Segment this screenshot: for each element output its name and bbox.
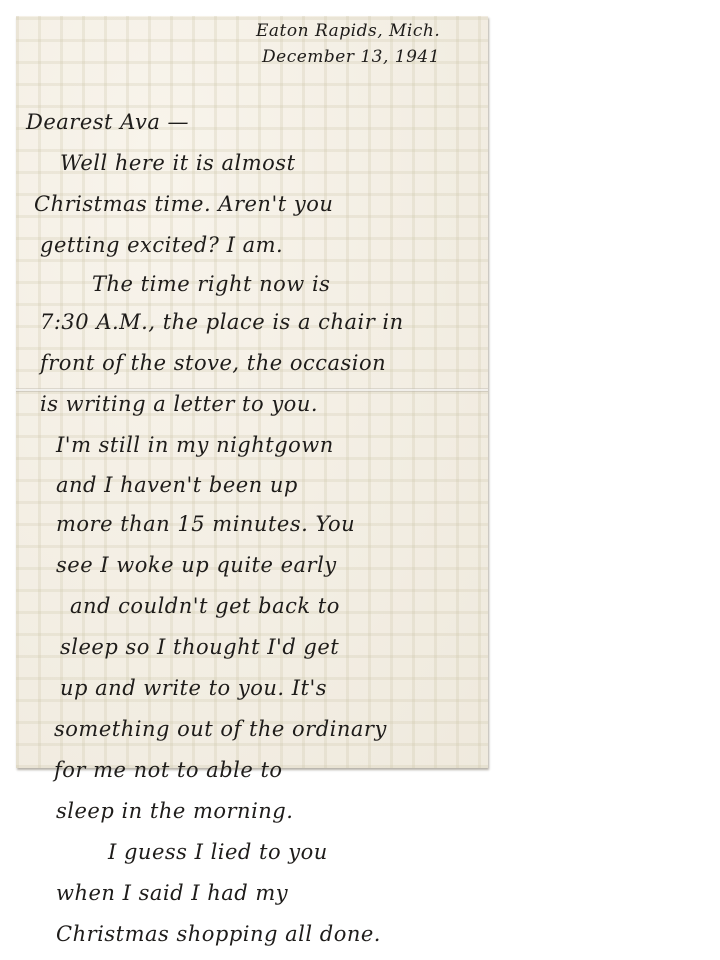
letter-line: see I woke up quite early bbox=[56, 545, 404, 586]
letter-line: sleep in the morning. bbox=[56, 791, 404, 832]
letter-line: and I haven't been up bbox=[56, 466, 404, 504]
letter-line: is writing a letter to you. bbox=[40, 384, 404, 425]
letter-line: sleep so I thought I'd get bbox=[60, 627, 404, 668]
letter-body: Dearest Ava — Well here it is almost Chr… bbox=[26, 102, 404, 955]
letter-line: something out of the ordinary bbox=[54, 709, 404, 750]
letter-line: I'm still in my nightgown bbox=[56, 425, 404, 466]
letter-line: for me not to able to bbox=[54, 750, 404, 791]
letter-line: Well here it is almost bbox=[60, 143, 404, 184]
letter-line: more than 15 minutes. You bbox=[56, 504, 404, 545]
letter-line: when I said I had my bbox=[56, 873, 404, 914]
letter-line: getting excited? I am. bbox=[40, 225, 404, 266]
letter-line: 7:30 A.M., the place is a chair in bbox=[40, 302, 404, 343]
letter-date: December 13, 1941 bbox=[262, 44, 440, 70]
letter-line: Christmas shopping all done. bbox=[56, 914, 404, 955]
letter-line: I guess I lied to you bbox=[108, 832, 404, 873]
salutation: Dearest Ava — bbox=[26, 102, 404, 143]
letter-header: Eaton Rapids, Mich. December 13, 1941 bbox=[256, 18, 440, 70]
letter-line: front of the stove, the occasion bbox=[40, 343, 404, 384]
letter-line: Christmas time. Aren't you bbox=[34, 184, 404, 225]
letter-place: Eaton Rapids, Mich. bbox=[256, 21, 440, 41]
letter-line: up and write to you. It's bbox=[60, 668, 404, 709]
letter-line: The time right now is bbox=[92, 266, 404, 302]
letter-line: and couldn't get back to bbox=[70, 586, 404, 627]
letter-page: Eaton Rapids, Mich. December 13, 1941 De… bbox=[16, 16, 488, 768]
